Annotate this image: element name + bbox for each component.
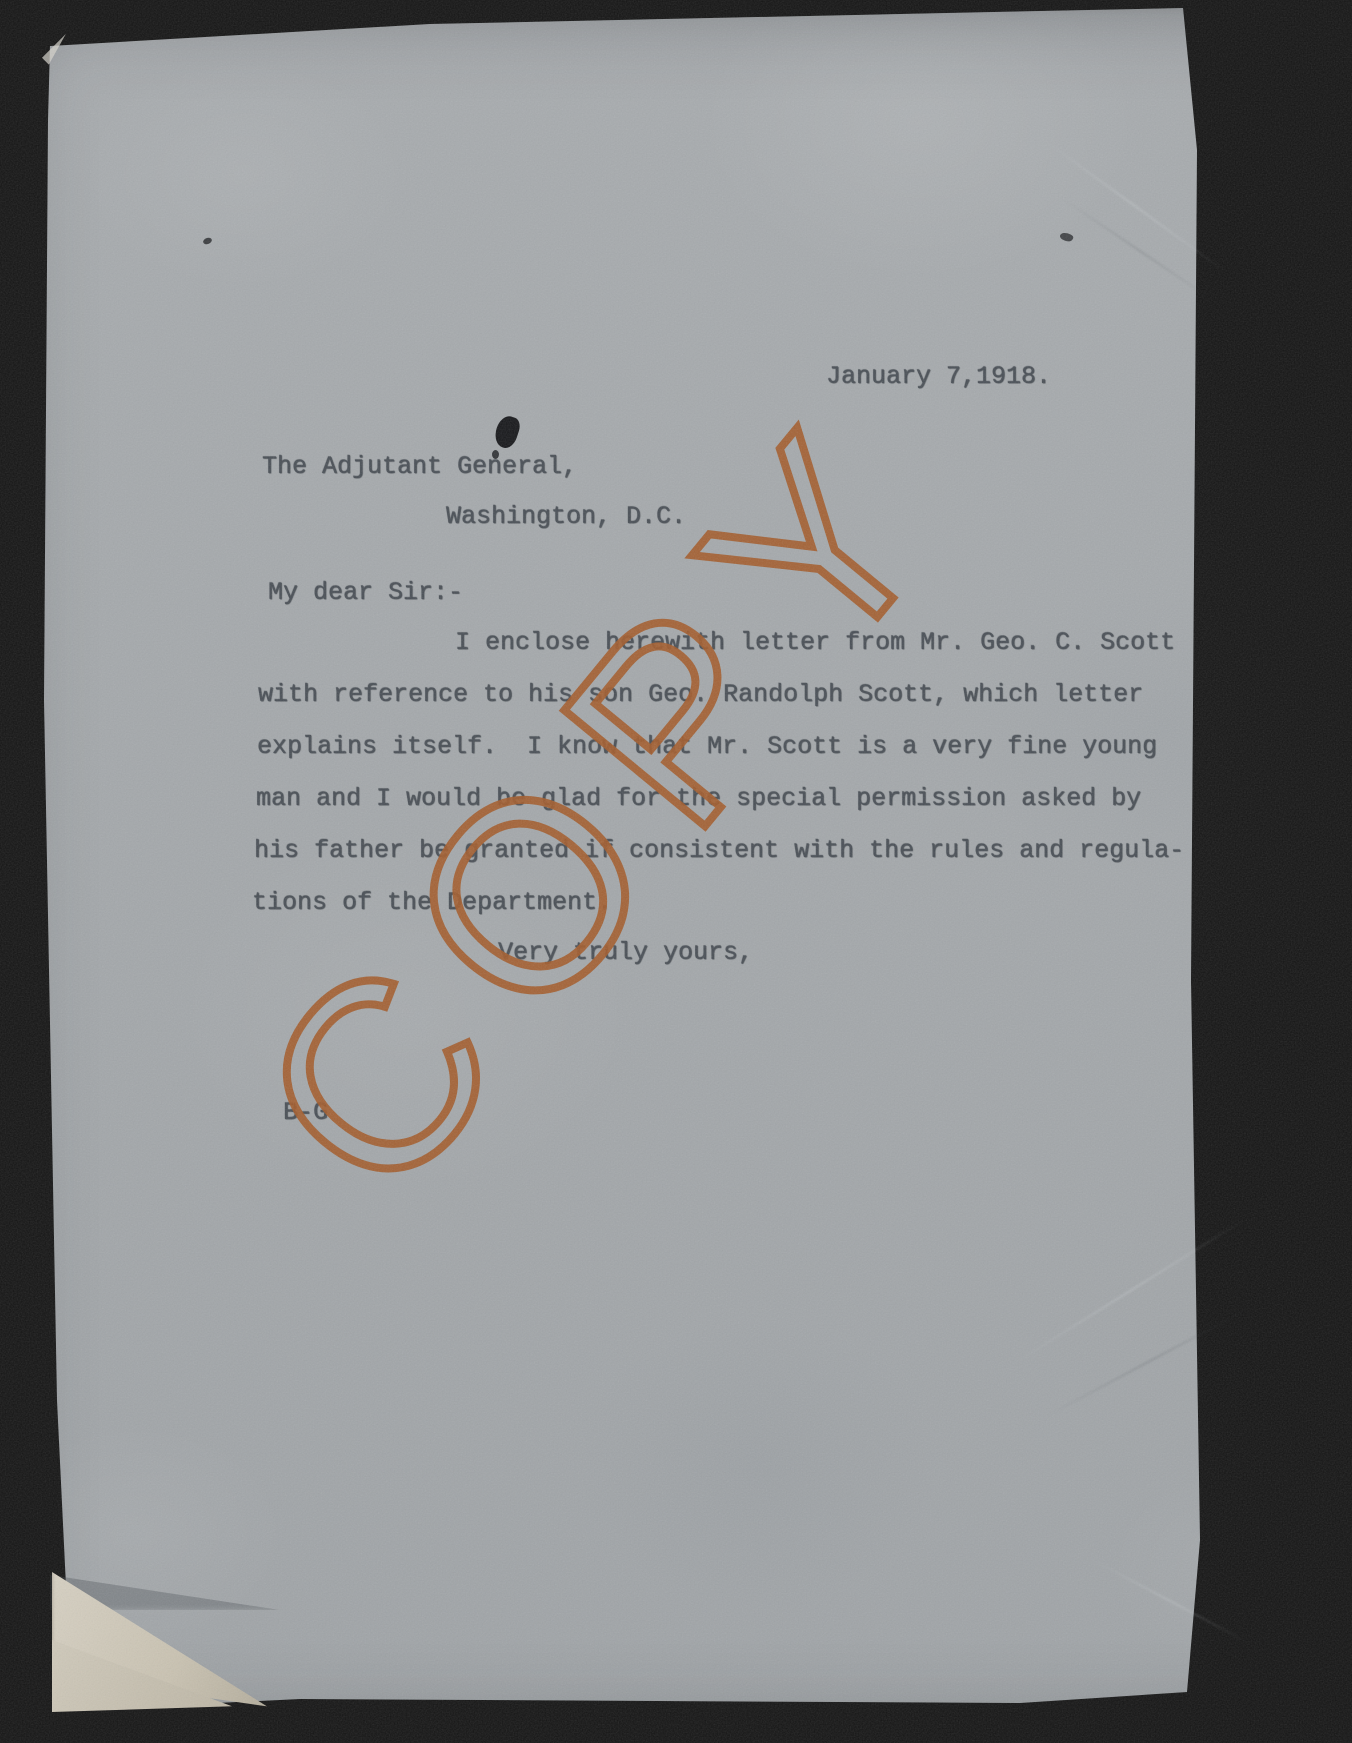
body-line: with reference to his son Geo. Randolph …	[258, 680, 1143, 710]
scanned-document: January 7,1918. The Adjutant General, Wa…	[0, 0, 1352, 1743]
letter-page	[0, 0, 1352, 1743]
body-line: man and I would be glad for the special …	[256, 784, 1141, 814]
date-line: January 7,1918.	[826, 362, 1051, 392]
typist-initials: B-G	[283, 1098, 328, 1128]
recipient-city: Washington, D.C.	[446, 502, 686, 532]
body-line: explains itself. I know that Mr. Scott i…	[257, 732, 1157, 762]
body-line: tions of the Department.	[252, 888, 612, 918]
salutation: My dear Sir:-	[268, 578, 463, 608]
paper-crease	[1348, 591, 1352, 1011]
body-line: I enclose herewith letter from Mr. Geo. …	[455, 628, 1175, 658]
recipient-name: The Adjutant General,	[262, 452, 577, 482]
body-line: his father be granted if consistent with…	[254, 836, 1184, 866]
closing-line: Very truly yours,	[498, 938, 753, 968]
